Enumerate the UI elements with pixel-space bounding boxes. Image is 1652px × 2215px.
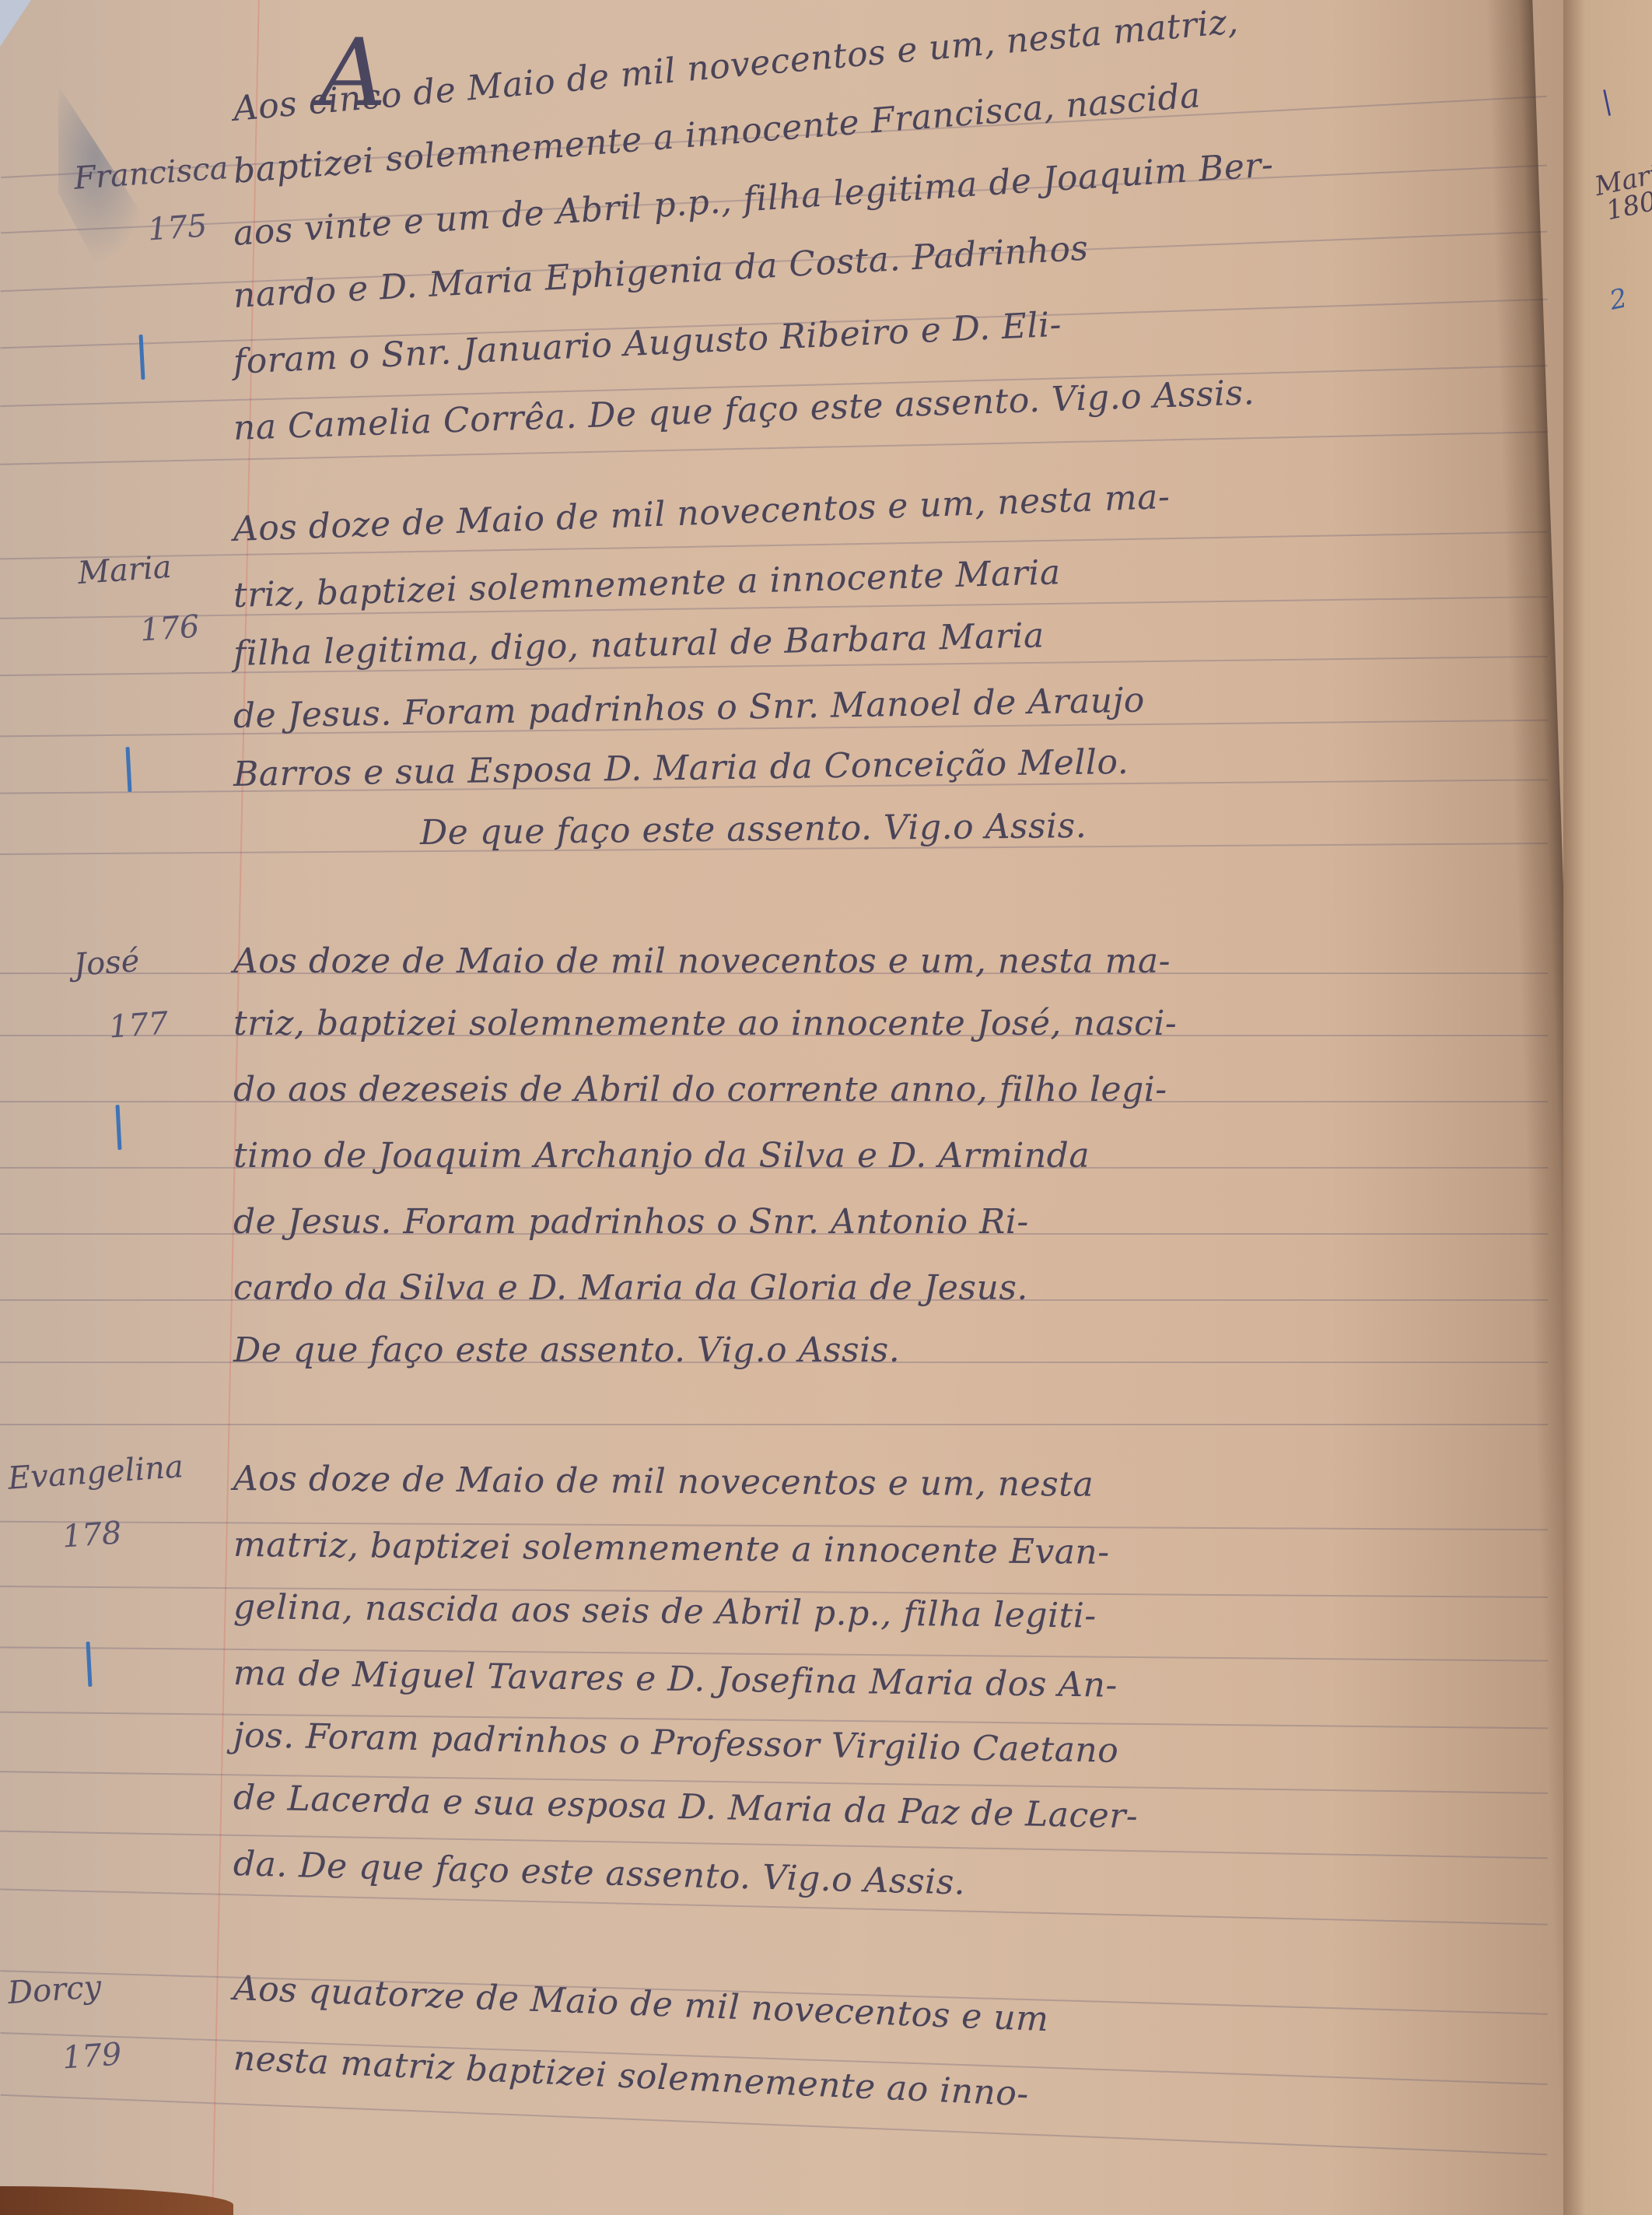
entry-line: triz, baptizei solemnemente ao innocente… [233,1004,1556,1043]
ruled-line [0,1424,1548,1425]
margin-name: José [72,943,140,983]
margin-name: Dorcy [7,1969,103,2011]
entry-line: Aos doze de Maio de mil novecentos e um,… [233,464,1556,549]
entry-line: do aos dezeseis de Abril do corrente ann… [233,1070,1556,1109]
entry-number: 177 [107,1005,169,1045]
entry-number: 175 [146,208,208,247]
adjacent-page: | Maria 180 2 [1563,0,1652,2215]
register-page: A Francisca 175 Aos cinco de Maio de mil… [0,0,1563,2215]
book-cover-corner [0,2186,233,2215]
margin-name: Maria [77,549,173,591]
blue-pencil-mark [138,335,145,380]
entry-line: nesta matriz baptizei solemnemente ao in… [233,2038,1556,2138]
adjacent-mark: 2 [1607,282,1629,317]
entry-line: ma de Miguel Tavares e D. Josefina Maria… [233,1653,1556,1712]
entry-line: cardo da Silva e D. Maria da Gloria de J… [233,1268,1556,1308]
ruled-line [0,431,1548,465]
entry-line: de Lacerda e sua esposa D. Maria da Paz … [233,1778,1556,1845]
margin-name: Evangelina [7,1449,185,1497]
blue-pencil-mark [125,747,131,792]
entry-line: matriz, baptizei solemnemente a innocent… [233,1525,1556,1576]
entry-line: de Jesus. Foram padrinhos o Snr. Antonio… [233,1202,1556,1242]
entry-number: 179 [61,2036,122,2076]
blue-pencil-mark [115,1105,121,1150]
entry-line: De que faço este assento. Vig.o Assis. [233,1330,1556,1370]
entry-number: 178 [61,1515,122,1554]
entry-line: Aos quatorze de Maio de mil novecentos e… [233,1968,1556,2059]
entry-line: timo de Joaquim Archanjo da Silva e D. A… [233,1136,1556,1176]
entry-line: Aos doze de Maio de mil novecentos e um,… [233,941,1556,981]
page-corner [0,0,31,47]
adjacent-mark: | [1599,85,1615,117]
ruled-line [0,1646,1548,1661]
entry-line: Aos doze de Maio de mil novecentos e um,… [233,1459,1556,1508]
entry-number: 176 [138,608,200,648]
